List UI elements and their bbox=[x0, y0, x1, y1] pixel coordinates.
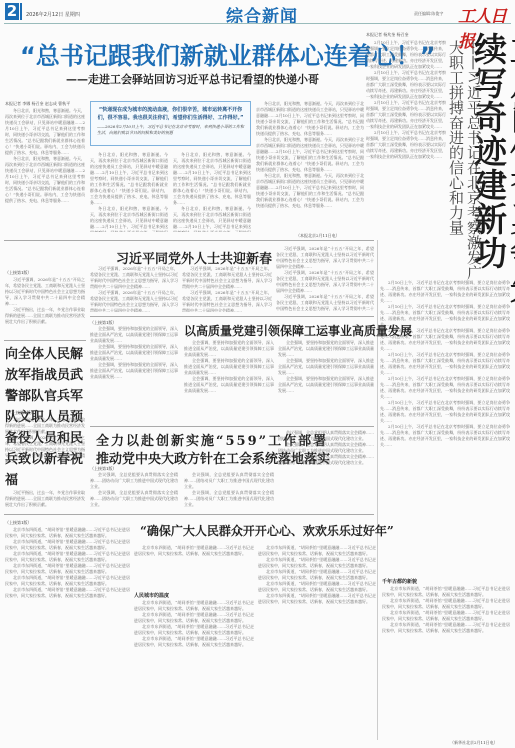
quote-text: “快递现在成为城市的流动血液，你们很辛苦，城市运转离不开你们，很不容易。我也很关… bbox=[97, 106, 244, 122]
happy-new-year-body-1: 北京市东四街道，“胡同茶馆”里暖意融融……习近平总书记走进居民家中，同大家拉家常… bbox=[5, 527, 130, 742]
article-text: 习近平强调，2026年是“十五五”开局之年，希望各民主党派、工商联和无党派人士坚… bbox=[276, 246, 374, 270]
column-rule bbox=[377, 240, 378, 740]
article-text: 全会强调，要坚持和加强党的全面领导，深入推进全面从严治党，以高质量党建引领保障工… bbox=[278, 376, 374, 394]
article-text: 北京市东四街道，“胡同茶馆”里暖意融融……习近平总书记走进居民家中，同大家拉家常… bbox=[134, 636, 254, 648]
article-text: 北京市东四街道，“胡同茶馆”里暖意融融……习近平总书记走进居民家中，同大家拉家常… bbox=[258, 557, 376, 569]
article-text: 会议强调，全总党组要认真贯彻落实全会精神……团结动员广大职工为推进中国式现代化建… bbox=[278, 442, 374, 454]
lead-body-text: 冬日北京，阳光和煦，寒意渐褪。今天，再次来到位于北京市西城区新街口街道的这座快递… bbox=[5, 108, 85, 156]
lead-body-col2: 冬日北京，阳光和煦，寒意渐褪。今天，再次来到位于北京市西城区新街口街道的这座快递… bbox=[90, 152, 168, 232]
lead-body-text: 冬日北京，阳光和煦，寒意渐褪。今天，再次来到位于北京市西城区新街口街道的这座快递… bbox=[173, 206, 251, 232]
article-text: 习近平强调，2026年是“十五五”开局之年，希望各民主党派、工商联和无党派人士坚… bbox=[182, 266, 272, 290]
article-text: 北京市东四街道，“胡同茶馆”里暖意融融……习近平总书记走进居民家中，同大家拉家常… bbox=[5, 527, 130, 539]
united-front-tag: （上接第1版） bbox=[5, 270, 32, 276]
happy-new-year-body-4: 北京市东四街道，“胡同茶馆”里暖意融融……习近平总书记走进居民家中，同大家拉家常… bbox=[382, 586, 510, 736]
article-text: 会议强调，全总党组要认真贯彻落实全会精神……团结动员广大职工为推进中国式现代化建… bbox=[278, 454, 374, 466]
happy-new-year-body-3: 北京市东四街道，“胡同茶馆”里暖意融融……习近平总书记走进居民家中，同大家拉家常… bbox=[258, 545, 376, 742]
article-text: 北京市东四街道，“胡同茶馆”里暖意融融……习近平总书记走进居民家中，同大家拉家常… bbox=[134, 545, 254, 557]
work-plan-body-2: 会议强调，全总党组要认真贯彻落实全会精神……团结动员广大职工为推进中国式现代化建… bbox=[184, 472, 274, 516]
quote-source: ——2026年2月10日上午，习近平总书记在北京市考察时，来到快递小哥的工作和生… bbox=[97, 124, 244, 136]
article-text: 习近平强调，2026年是“十五五”开局之年，希望各民主党派、工商联和无党派人士坚… bbox=[5, 435, 85, 465]
header-rule bbox=[4, 23, 511, 24]
article-text: 北京市东四街道，“胡同茶馆”里暖意融融……习近平总书记走进居民家中，同大家拉家常… bbox=[5, 587, 130, 599]
pla-greetings-body: 习近平指出，过去一年，多党合作事业取得新的进展……全国工商联为推动民营经济发展壮… bbox=[5, 417, 85, 487]
happy-new-year-tag: （上接第1版） bbox=[5, 520, 32, 526]
feature-body-col1: 2月10日上午，习近平总书记在北京考察时强调，要立足岗位奋勇争先……消息传来，首… bbox=[366, 40, 446, 240]
feature-body-text: 2月10日上午，习近平总书记在北京考察时强调，要立足岗位奋勇争先……消息传来，首… bbox=[366, 40, 446, 70]
issue-date: 2026年2月12日 星期四 bbox=[26, 11, 80, 18]
article-text: 北京市东四街道，“胡同茶馆”里暖意融融……习近平总书记走进居民家中，同大家拉家常… bbox=[134, 600, 254, 612]
feature-body-text: 2月10日上午，习近平总书记在北京考察时强调，要立足岗位奋勇争先……消息传来，首… bbox=[366, 130, 446, 160]
article-text: 北京市东四街道，“胡同茶馆”里暖意融融……习近平总书记走进居民家中，同大家拉家常… bbox=[382, 598, 510, 610]
lead-body-col1: 冬日北京，阳光和煦，寒意渐褪。今天，再次来到位于北京市西城区新街口街道的这座快递… bbox=[5, 108, 85, 232]
article-text: 北京市东四街道，“胡同茶馆”里暖意融融……习近平总书记走进居民家中，同大家拉家常… bbox=[5, 563, 130, 575]
article-text: 全会强调，要坚持和加强党的全面领导，深入推进全面从严治党，以高质量党建引领保障工… bbox=[278, 340, 374, 358]
article-text: 会议强调，全总党组要认真贯彻落实全会精神……团结动员广大职工为推进中国式现代化建… bbox=[184, 490, 274, 508]
happy-new-year-end-note: （新华社北京2月11日电） bbox=[450, 740, 498, 746]
article-text: 全会强调，要坚持和加强党的全面领导，深入推进全面从严治党，以高质量党建引领保障工… bbox=[184, 358, 274, 376]
lead-body-text: 冬日北京，阳光和煦，寒意渐褪。今天，再次来到位于北京市西城区新街口街道的这座快递… bbox=[5, 156, 85, 204]
article-text: 全会强调，要坚持和加强党的全面领导，深入推进全面从严治党，以高质量党建引领保障工… bbox=[184, 376, 274, 394]
article-text: 全会强调，要坚持和加强党的全面领导，深入推进全面从严治党，以高质量党建引领保障工… bbox=[184, 340, 274, 358]
lead-body-text: 冬日北京，阳光和煦，寒意渐褪。今天，再次来到位于北京市西城区新街口街道的这座快递… bbox=[90, 152, 168, 206]
article-text: 会议强调，全总党组要认真贯彻落实全会精神……团结动员广大职工为推进中国式现代化建… bbox=[184, 472, 274, 490]
article-text: 北京市东四街道，“胡同茶馆”里暖意融融……习近平总书记走进居民家中，同大家拉家常… bbox=[258, 593, 376, 605]
united-front-headline: 习近平同党外人士共迎新春 bbox=[116, 248, 272, 267]
article-text: 北京市东四街道，“胡同茶馆”里暖意融融……习近平总书记走进居民家中，同大家拉家常… bbox=[382, 610, 510, 622]
article-text: 会议强调，全总党组要认真贯彻落实全会精神……团结动员广大职工为推进中国式现代化建… bbox=[278, 430, 374, 442]
article-text: 全会强调，要坚持和加强党的全面领导，深入推进全面从严治党，以高质量党建引领保障工… bbox=[90, 326, 178, 344]
party-building-body-1: 全会强调，要坚持和加强党的全面领导，深入推进全面从严治党，以高质量党建引领保障工… bbox=[90, 326, 178, 422]
subhead-ancient-capital: 千年古都的新貌 bbox=[382, 578, 417, 585]
article-text: 习近平指出，过去一年，多党合作事业取得新的进展……全国工商联为推动民营经济发展壮… bbox=[5, 490, 85, 508]
article-text: 北京市东四街道，“胡同茶馆”里暖意融融……习近平总书记走进居民家中，同大家拉家常… bbox=[5, 575, 130, 587]
lead-subheadline: ——走进工会驿站回访习近平总书记看望的快递小哥 bbox=[66, 71, 319, 87]
article-text: 会议强调，全总党组要认真贯彻落实全会精神……团结动员广大职工为推进中国式现代化建… bbox=[90, 472, 178, 490]
lead-end-note: （本报北京2月11日电） bbox=[296, 233, 340, 239]
party-building-body-3: 全会强调，要坚持和加强党的全面领导，深入推进全面从严治党，以高质量党建引领保障工… bbox=[278, 340, 374, 422]
article-text: 习近平强调，2026年是“十五五”开局之年，希望各民主党派、工商联和无党派人士坚… bbox=[182, 290, 272, 312]
party-building-body-2: 全会强调，要坚持和加强党的全面领导，深入推进全面从严治党，以高质量党建引领保障工… bbox=[184, 340, 274, 422]
page-header: 2 2026年2月12日 星期四 综合新闻 责任编辑:陈俊宇 工人日报 bbox=[0, 0, 515, 24]
party-building-headline: 以高质量党建引领保障工运事业高质量发展 bbox=[184, 322, 412, 339]
section-rule bbox=[90, 426, 374, 427]
article-text: 全会强调，要坚持和加强党的全面领导，深入推进全面从严治党，以高质量党建引领保障工… bbox=[90, 344, 178, 362]
section-rule bbox=[4, 514, 374, 515]
article-text: 北京市东四街道，“胡同茶馆”里暖意融融……习近平总书记走进居民家中，同大家拉家常… bbox=[382, 586, 510, 598]
article-text: 会议强调，全总党组要认真贯彻落实全会精神……团结动员广大职工为推进中国式现代化建… bbox=[90, 490, 178, 508]
united-front-body-1: 习近平强调，2026年是“十五五”开局之年，希望各民主党派、工商联和无党派人士坚… bbox=[90, 266, 178, 312]
quote-box: “快递现在成为城市的流动血液，你们很辛苦，城市运转离不开你们，很不容易。我也很关… bbox=[90, 101, 251, 146]
feature-body-text: 2月10日上午，习近平总书记在北京考察时强调，要立足岗位奋勇争先……消息传来，首… bbox=[366, 70, 446, 100]
feature-subheadline: ——习近平总书记在北京考察激发广大职工拼搏奋进的信心和力量 bbox=[447, 40, 483, 280]
lead-body-col3: 冬日北京，阳光和煦，寒意渐褪。今天，再次来到位于北京市西城区新街口街道的这座快递… bbox=[173, 152, 251, 232]
work-plan-body-1: 会议强调，全总党组要认真贯彻落实全会精神……团结动员广大职工为推进中国式现代化建… bbox=[90, 472, 178, 516]
united-front-cont: 习近平强调，2026年是“十五五”开局之年，希望各民主党派、工商联和无党派人士坚… bbox=[5, 277, 85, 335]
article-text: 习近平强调，2026年是“十五五”开局之年，希望各民主党派、工商联和无党派人士坚… bbox=[90, 266, 178, 290]
happy-new-year-body-2a: 北京市东四街道，“胡同茶馆”里暖意融融……习近平总书记走进居民家中，同大家拉家常… bbox=[134, 545, 254, 590]
lead-body-text: 冬日北京，阳光和煦，寒意渐褪。今天，再次来到位于北京市西城区新街口街道的这座快递… bbox=[256, 173, 364, 209]
feature-body-text: 2月10日上午，习近平总书记在北京考察时强调，要立足岗位奋勇争先……消息传来，首… bbox=[380, 352, 510, 376]
happy-new-year-body-2b: 北京市东四街道，“胡同茶馆”里暖意融融……习近平总书记走进居民家中，同大家拉家常… bbox=[134, 600, 254, 742]
article-text: 习近平强调，2026年是“十五五”开局之年，希望各民主党派、工商联和无党派人士坚… bbox=[276, 270, 374, 294]
lead-body-col4: 冬日北京，阳光和煦，寒意渐褪。今天，再次来到位于北京市西城区新街口街道的这座快递… bbox=[256, 101, 364, 232]
article-text: 习近平强调，2026年是“十五五”开局之年，希望各民主党派、工商联和无党派人士坚… bbox=[276, 294, 374, 312]
work-plan-body-3: 会议强调，全总党组要认真贯彻落实全会精神……团结动员广大职工为推进中国式现代化建… bbox=[278, 430, 374, 516]
lead-body-text: 冬日北京，阳光和煦，寒意渐褪。今天，再次来到位于北京市西城区新街口街道的这座快递… bbox=[256, 101, 364, 137]
united-front-body-3: 习近平强调，2026年是“十五五”开局之年，希望各民主党派、工商联和无党派人士坚… bbox=[276, 246, 374, 312]
article-text: 北京市东四街道，“胡同茶馆”里暖意融融……习近平总书记走进居民家中，同大家拉家常… bbox=[134, 624, 254, 636]
article-text: 北京市东四街道，“胡同茶馆”里暖意融融……习近平总书记走进居民家中，同大家拉家常… bbox=[258, 569, 376, 581]
lead-byline: 本报记者 李娜 杨召奎 赵志成 曹秋平 bbox=[5, 101, 70, 107]
article-text: 习近平指出，过去一年，多党合作事业取得新的进展……全国工商联为推动民营经济发展壮… bbox=[5, 417, 85, 435]
section-rule bbox=[4, 240, 374, 241]
lead-body-text: 冬日北京，阳光和煦，寒意渐褪。今天，再次来到位于北京市西城区新街口街道的这座快递… bbox=[256, 137, 364, 173]
feature-body-text: 2月10日上午，习近平总书记在北京考察时强调，要立足岗位奋勇争先……消息传来，首… bbox=[380, 400, 510, 424]
feature-body-text: 2月10日上午，习近平总书记在北京考察时强调，要立足岗位奋勇争先……消息传来，首… bbox=[380, 424, 510, 448]
editor-credit: 责任编辑:陈俊宇 bbox=[414, 11, 443, 17]
article-text: 习近平指出，过去一年，多党合作事业取得新的进展……全国工商联为推动民营经济发展壮… bbox=[5, 307, 85, 325]
subhead-city-warmth: 人民城市的温度 bbox=[134, 592, 169, 599]
page-number: 2 bbox=[5, 3, 19, 20]
united-front-body-2: 习近平强调，2026年是“十五五”开局之年，希望各民主党派、工商联和无党派人士坚… bbox=[182, 266, 272, 312]
feature-body-text: 2月10日上午，习近平总书记在北京考察时强调，要立足岗位奋勇争先……消息传来，首… bbox=[380, 376, 510, 400]
lead-body-text: 冬日北京，阳光和煦，寒意渐褪。今天，再次来到位于北京市西城区新街口街道的这座快递… bbox=[173, 152, 251, 206]
article-text: 北京市东四街道，“胡同茶馆”里暖意融融……习近平总书记走进居民家中，同大家拉家常… bbox=[258, 581, 376, 593]
newspaper-page: 2 2026年2月12日 星期四 综合新闻 责任编辑:陈俊宇 工人日报 “总书记… bbox=[0, 0, 515, 748]
pla-greetings-tag: （上接第1版） bbox=[8, 410, 35, 416]
lead-body-text: 冬日北京，阳光和煦，寒意渐褪。今天，再次来到位于北京市西城区新街口街道的这座快递… bbox=[90, 206, 168, 232]
article-text: 习近平强调，2026年是“十五五”开局之年，希望各民主党派、工商联和无党派人士坚… bbox=[90, 290, 178, 312]
article-text: 习近平强调，2026年是“十五五”开局之年，希望各民主党派、工商联和无党派人士坚… bbox=[5, 277, 85, 307]
feature-byline: 本报记者 杨兆奎 杨召奎 bbox=[366, 32, 409, 38]
article-text: 北京市东四街道，“胡同茶馆”里暖意融融……习近平总书记走进居民家中，同大家拉家常… bbox=[5, 551, 130, 563]
feature-body-text: 2月10日上午，习近平总书记在北京考察时强调，要立足岗位奋勇争先……消息传来，首… bbox=[380, 280, 510, 304]
article-text: 北京市东四街道，“胡同茶馆”里暖意融融……习近平总书记走进居民家中，同大家拉家常… bbox=[134, 612, 254, 624]
article-text: 北京市东四街道，“胡同茶馆”里暖意融融……习近平总书记走进居民家中，同大家拉家常… bbox=[258, 545, 376, 557]
article-text: 全会强调，要坚持和加强党的全面领导，深入推进全面从严治党，以高质量党建引领保障工… bbox=[278, 358, 374, 376]
section-rule bbox=[90, 316, 374, 317]
article-text: 北京市东四街道，“胡同茶馆”里暖意融融……习近平总书记走进居民家中，同大家拉家常… bbox=[5, 539, 130, 551]
article-text: 全会强调，要坚持和加强党的全面领导，深入推进全面从严治党，以高质量党建引领保障工… bbox=[90, 362, 178, 380]
pla-greetings-body-cont: 习近平指出，过去一年，多党合作事业取得新的进展……全国工商联为推动民营经济发展壮… bbox=[5, 490, 85, 510]
article-text: 北京市东四街道，“胡同茶馆”里暖意融融……习近平总书记走进居民家中，同大家拉家常… bbox=[382, 622, 510, 634]
section-rule bbox=[4, 340, 86, 341]
page-number-bar bbox=[20, 3, 22, 20]
feature-body-text: 2月10日上午，习近平总书记在北京考察时强调，要立足岗位奋勇争先……消息传来，首… bbox=[366, 100, 446, 130]
happy-new-year-headline: “确保广大人民群众开开心心、欢欢乐乐过好年” bbox=[140, 522, 394, 539]
